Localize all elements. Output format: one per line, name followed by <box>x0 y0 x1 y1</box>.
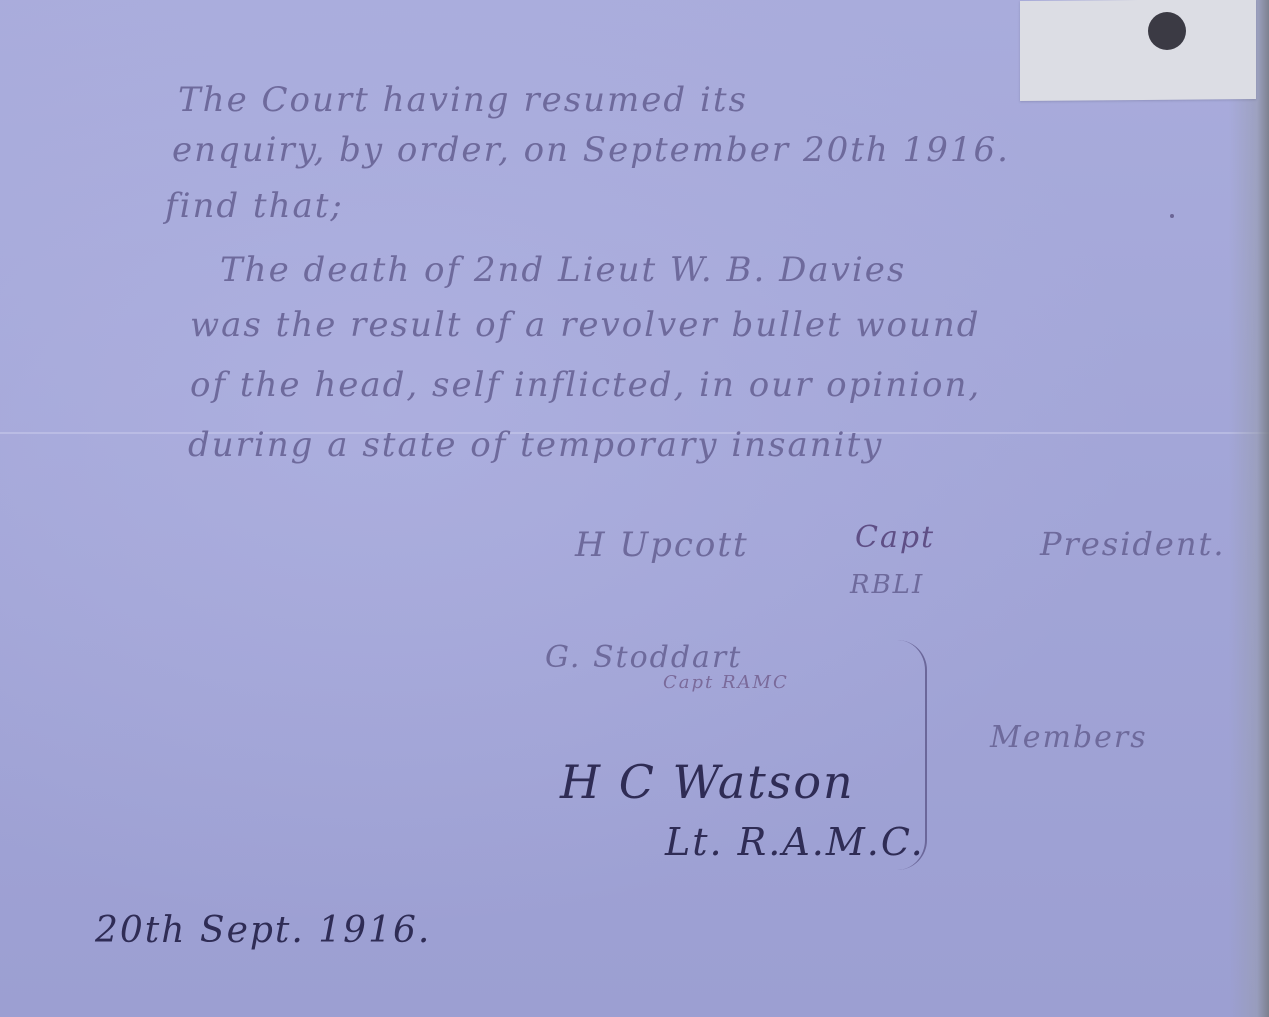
punch-hole <box>1148 12 1186 50</box>
body-line-3: find that; <box>165 186 344 226</box>
paper-edge <box>1229 0 1269 1017</box>
body-line-4: The death of 2nd Lieut W. B. Davies <box>220 250 906 290</box>
ink-speck <box>1170 214 1174 218</box>
member-1-rank: Capt RAMC <box>663 672 789 693</box>
members-label: Members <box>990 720 1148 755</box>
member-2-name: H C Watson <box>560 755 855 809</box>
document-date: 20th Sept. 1916. <box>95 910 431 951</box>
body-line-6: of the head, self inflicted, in our opin… <box>190 365 981 405</box>
president-rank: Capt <box>855 520 935 555</box>
body-line-7: during a state of temporary insanity <box>188 425 883 465</box>
member-1-name: G. Stoddart <box>545 640 742 675</box>
president-unit: RBLI <box>850 570 924 600</box>
president-name: H Upcott <box>575 525 749 565</box>
president-role: President. <box>1040 525 1225 563</box>
member-2-rank: Lt. R.A.M.C. <box>665 820 925 864</box>
members-brace <box>895 640 927 870</box>
paper-tape-patch <box>1020 0 1256 101</box>
body-line-1: The Court having resumed its <box>178 80 748 120</box>
body-line-5: was the result of a revolver bullet woun… <box>190 305 981 345</box>
body-line-2: enquiry, by order, on September 20th 191… <box>172 130 1010 170</box>
